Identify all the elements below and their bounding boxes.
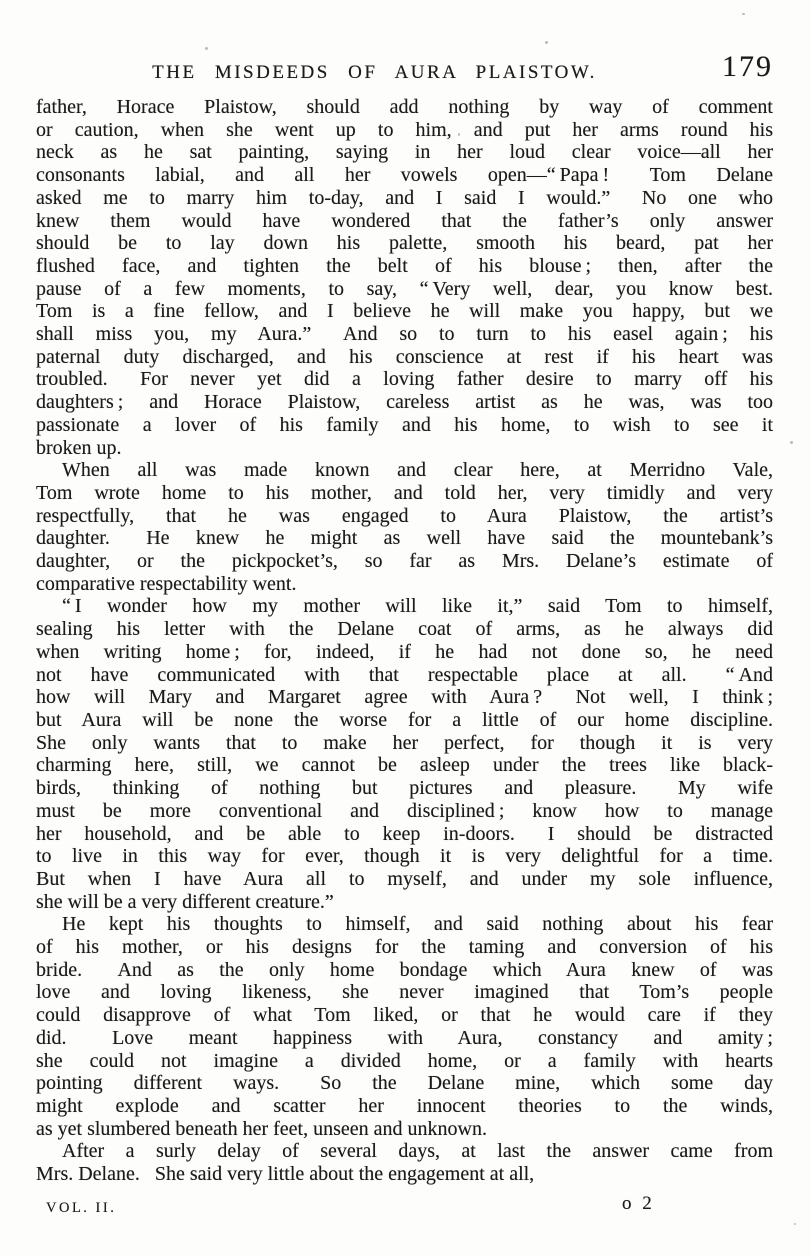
- text-line: Tom is a fine fellow, and I believe he w…: [36, 300, 773, 323]
- paragraph: father, Horace Plaistow, should add noth…: [36, 96, 773, 459]
- text-line: she could not imagine a divided home, or…: [36, 1050, 773, 1073]
- text-line: daughters ; and Horace Plaistow, careles…: [36, 391, 773, 414]
- text-line: to live in this way for ever, though it …: [36, 845, 773, 868]
- paragraph: When all was made known and clear here, …: [36, 459, 773, 595]
- page-number: 179: [722, 50, 773, 84]
- signature-mark: o 2: [622, 1193, 655, 1215]
- text-line: how will Mary and Margaret agree with Au…: [36, 686, 773, 709]
- paragraph: He kept his thoughts to himself, and sai…: [36, 913, 773, 1140]
- text-line: bride. And as the only home bondage whic…: [36, 959, 773, 982]
- text-line: but Aura will be none the worse for a li…: [36, 709, 773, 732]
- text-line: when writing home ; for, indeed, if he h…: [36, 641, 773, 664]
- scan-speck: [545, 41, 548, 44]
- book-page: THE MISDEEDS OF AURA PLAISTOW. 179 fathe…: [0, 0, 811, 1256]
- text-line: After a surly delay of several days, at …: [36, 1140, 773, 1163]
- body-text: father, Horace Plaistow, should add noth…: [36, 96, 773, 1186]
- text-line: might explode and scatter her innocent t…: [36, 1095, 773, 1118]
- text-line: paternal duty discharged, and his consci…: [36, 346, 773, 369]
- text-line: not have communicated with that respecta…: [36, 664, 773, 687]
- text-line: When all was made known and clear here, …: [36, 459, 773, 482]
- text-line: shall miss you, my Aura.” And so to turn…: [36, 323, 773, 346]
- text-line: But when I have Aura all to myself, and …: [36, 868, 773, 891]
- text-line: love and loving likeness, she never imag…: [36, 981, 773, 1004]
- scan-speck: [794, 1223, 796, 1225]
- text-line: consonants labial, and all her vowels op…: [36, 164, 773, 187]
- text-line: comparative respectability went.: [36, 573, 773, 596]
- text-line: He kept his thoughts to himself, and sai…: [36, 913, 773, 936]
- text-line: sealing his letter with the Delane coat …: [36, 618, 773, 641]
- page-title: THE MISDEEDS OF AURA PLAISTOW.: [36, 62, 713, 84]
- text-line: troubled. For never yet did a loving fat…: [36, 368, 773, 391]
- text-line: passionate a lover of his family and his…: [36, 414, 773, 437]
- text-line: pause of a few moments, to say, “ Very w…: [36, 278, 773, 301]
- text-line: should be to lay down his palette, smoot…: [36, 232, 773, 255]
- text-line: “ I wonder how my mother will like it,” …: [36, 595, 773, 618]
- text-line: did. Love meant happiness with Aura, con…: [36, 1027, 773, 1050]
- text-line: she will be a very different creature.”: [36, 891, 773, 914]
- text-line: pointing different ways. So the Delane m…: [36, 1072, 773, 1095]
- scan-speck: [458, 133, 460, 136]
- text-line: knew them would have wondered that the f…: [36, 210, 773, 233]
- text-line: of his mother, or his designs for the ta…: [36, 936, 773, 959]
- text-line: birds, thinking of nothing but pictures …: [36, 777, 773, 800]
- text-line: her household, and be able to keep in-do…: [36, 823, 773, 846]
- scan-speck: [205, 47, 208, 50]
- text-line: She only wants that to make her perfect,…: [36, 732, 773, 755]
- text-line: neck as he sat painting, saying in her l…: [36, 141, 773, 164]
- paragraph: “ I wonder how my mother will like it,” …: [36, 595, 773, 913]
- scan-speck: [790, 441, 793, 444]
- text-line: Tom wrote home to his mother, and told h…: [36, 482, 773, 505]
- text-line: must be more conventional and discipline…: [36, 800, 773, 823]
- text-line: daughter. He knew he might as well have …: [36, 527, 773, 550]
- text-line: broken up.: [36, 437, 773, 460]
- text-line: respectfully, that he was engaged to Aur…: [36, 505, 773, 528]
- scan-speck: [742, 13, 745, 15]
- text-line: daughter, or the pickpocket’s, so far as…: [36, 550, 773, 573]
- text-line: charming here, still, we cannot be aslee…: [36, 754, 773, 777]
- text-line: father, Horace Plaistow, should add noth…: [36, 96, 773, 119]
- running-header: THE MISDEEDS OF AURA PLAISTOW. 179: [36, 56, 773, 90]
- text-line: or caution, when she went up to him, and…: [36, 119, 773, 142]
- text-line: could disapprove of what Tom liked, or t…: [36, 1004, 773, 1027]
- text-line: flushed face, and tighten the belt of hi…: [36, 255, 773, 278]
- text-line: asked me to marry him to-day, and I said…: [36, 187, 773, 210]
- paragraph: After a surly delay of several days, at …: [36, 1140, 773, 1185]
- volume-label: VOL. II.: [46, 1200, 116, 1217]
- page-footer: VOL. II. o 2: [36, 1192, 773, 1222]
- text-line: Mrs. Delane. She said very little about …: [36, 1163, 773, 1186]
- text-line: as yet slumbered beneath her feet, unsee…: [36, 1118, 773, 1141]
